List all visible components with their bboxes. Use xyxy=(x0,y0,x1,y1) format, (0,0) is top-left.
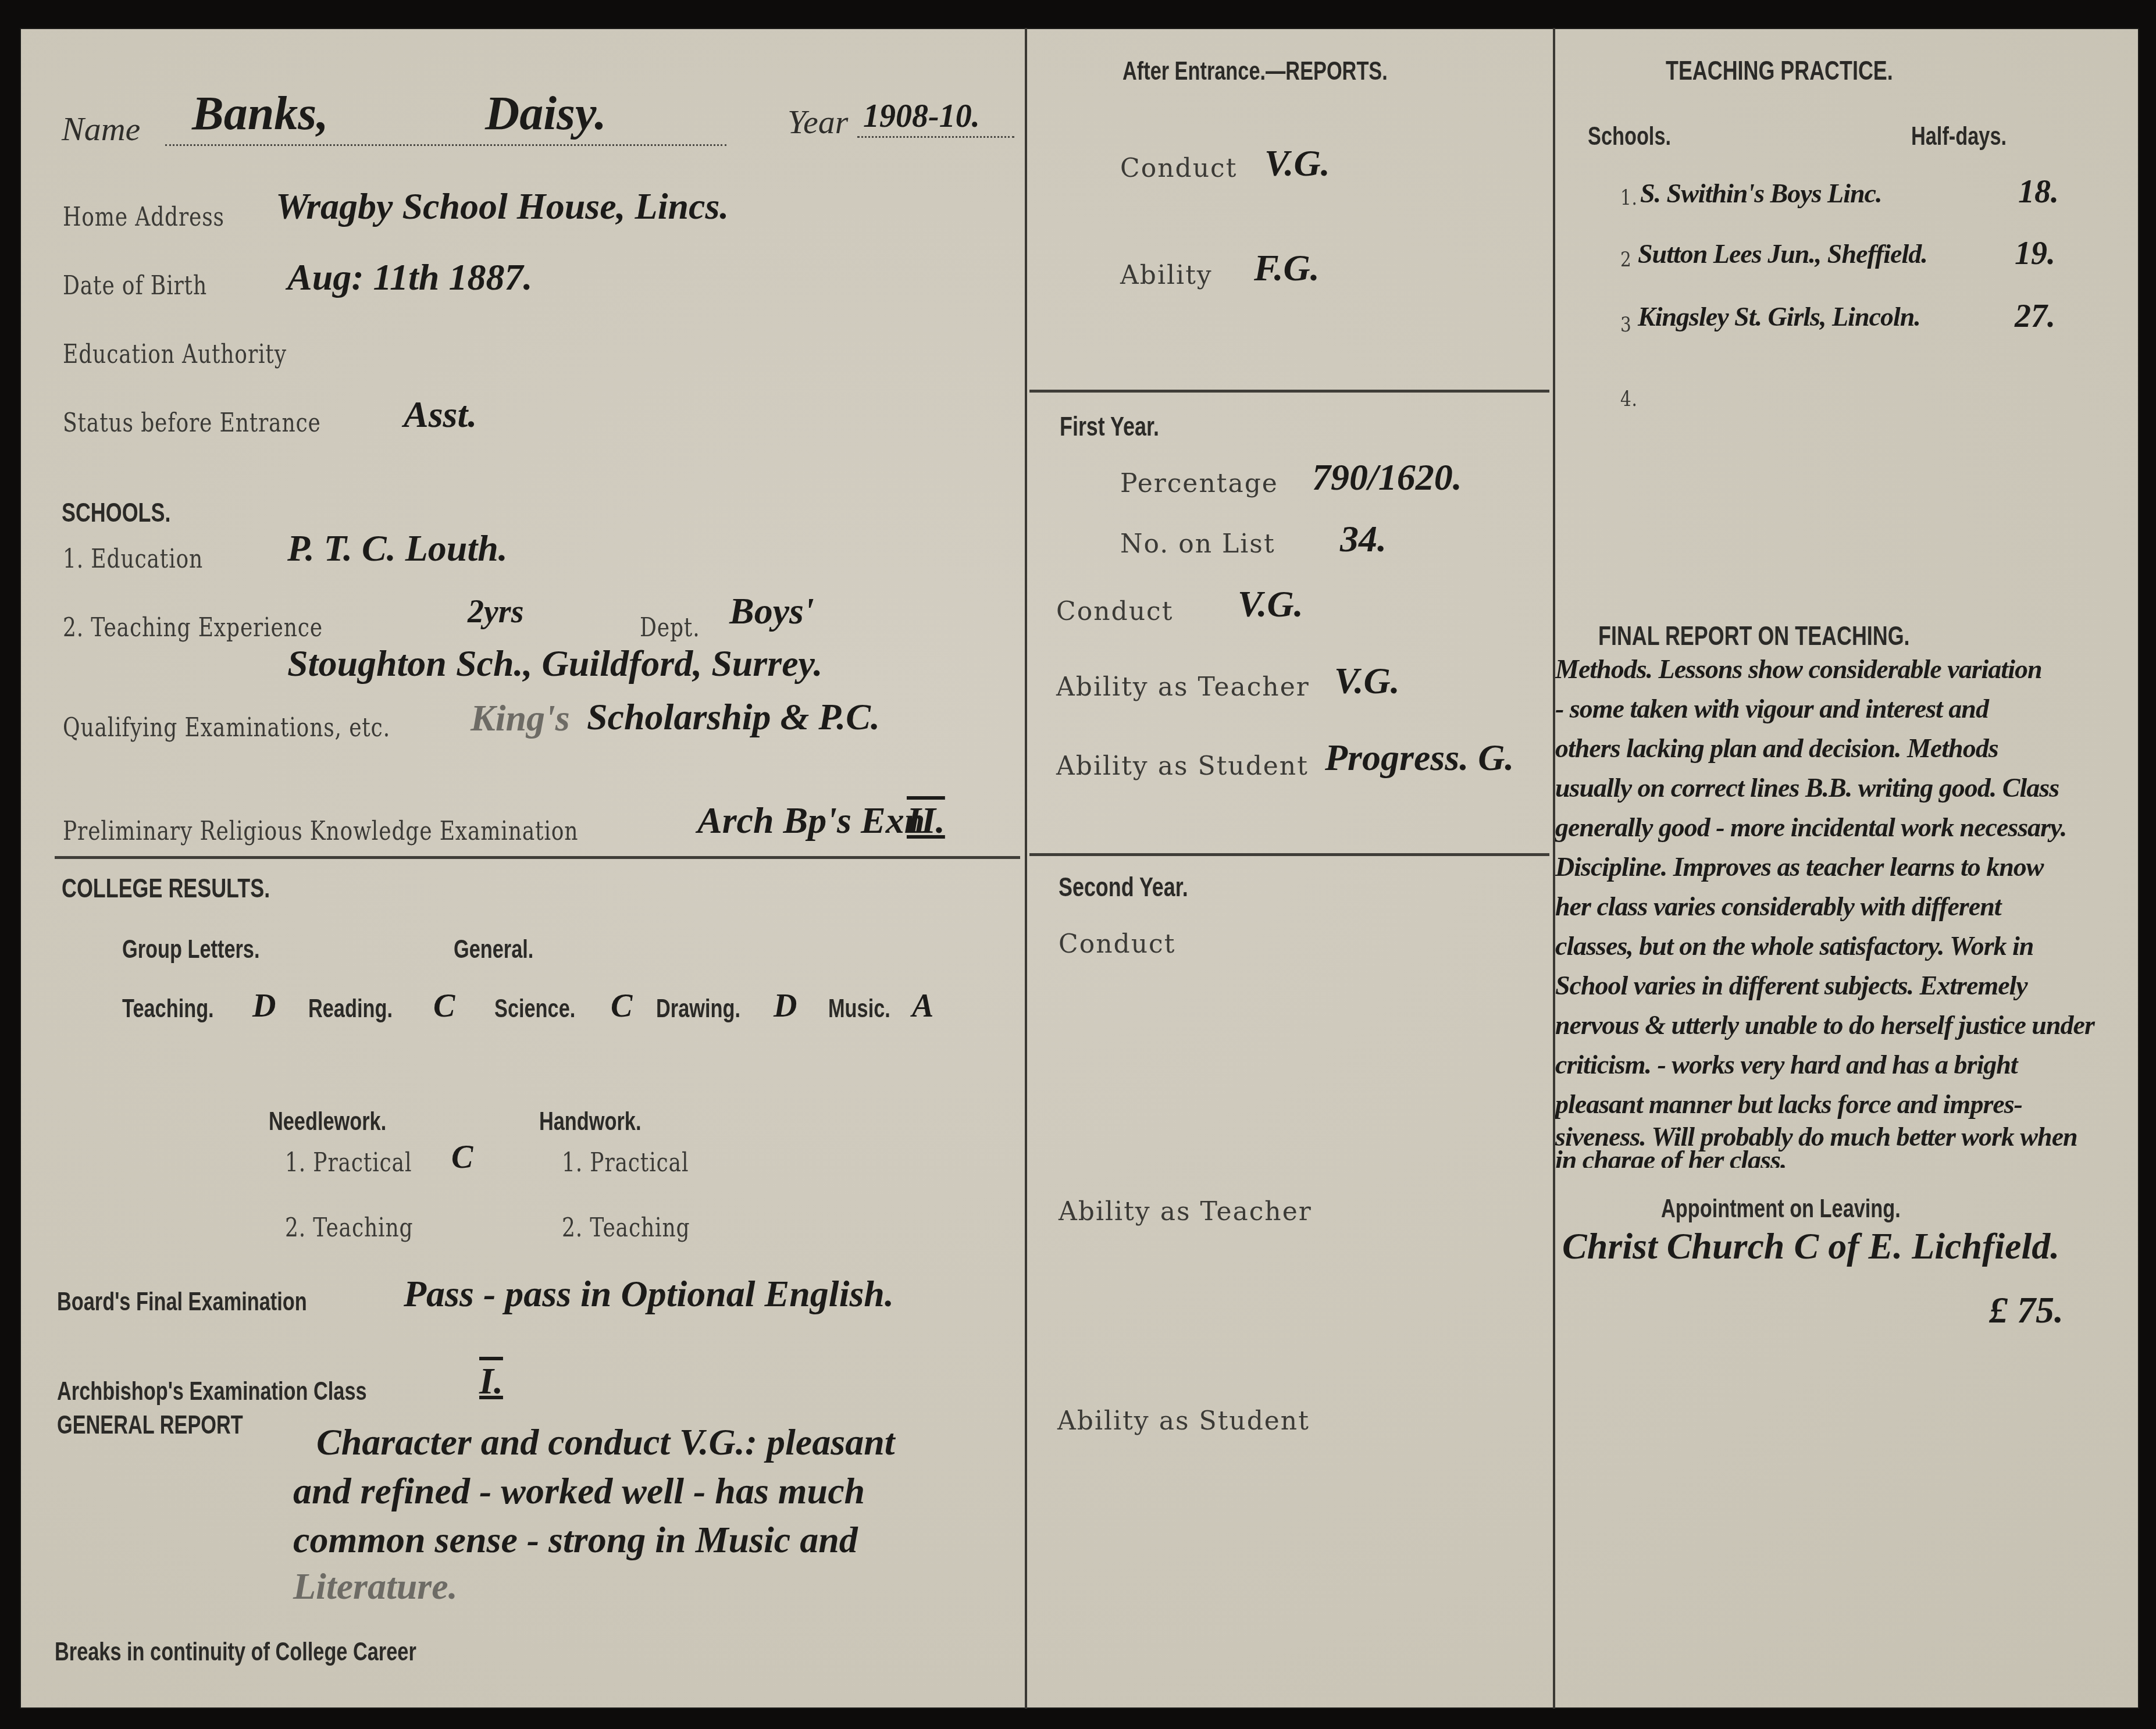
practice-row-school[interactable]: Kingsley St. Girls, Lincoln. xyxy=(1638,301,1920,332)
final-report-line: criticism. - works very hard and has a b… xyxy=(1555,1049,2137,1089)
appointment-value[interactable]: Christ Church C of E. Lichfield. xyxy=(1562,1225,2059,1268)
final-report-line: in charge of her class. xyxy=(1555,1145,2137,1168)
name-label: Name xyxy=(62,109,140,148)
name-surname[interactable]: Banks, xyxy=(192,86,329,141)
practice-row-halfdays[interactable]: 27. xyxy=(2015,298,2055,335)
general-report-label: GENERAL REPORT xyxy=(57,1411,243,1440)
practice-row-halfdays[interactable]: 18. xyxy=(2018,173,2059,211)
year-label: Year xyxy=(787,102,848,141)
general-label: General. xyxy=(454,935,533,964)
handwork-teaching-label: 2. Teaching xyxy=(562,1213,690,1243)
grade-teaching-label: Teaching. xyxy=(122,994,214,1024)
schools-heading: SCHOOLS. xyxy=(62,497,170,528)
practice-row-school[interactable]: S. Swithin's Boys Linc. xyxy=(1640,178,1881,209)
fy-conduct-value[interactable]: V.G. xyxy=(1238,583,1303,626)
general-report-line: Character and conduct V.G.: pleasant xyxy=(316,1421,895,1464)
status-value[interactable]: Asst. xyxy=(404,393,477,436)
name-dotted-line xyxy=(165,144,726,146)
fy-teacher-value[interactable]: V.G. xyxy=(1334,659,1400,703)
education-label: 1. Education xyxy=(63,544,203,574)
needlework-label: Needlework. xyxy=(269,1107,386,1136)
entrance-conduct-value[interactable]: V.G. xyxy=(1264,142,1330,185)
practice-row-number: 1. xyxy=(1620,186,1638,210)
education-value[interactable]: P. T. C. Louth. xyxy=(287,527,508,570)
needlework-practical-value[interactable]: C xyxy=(451,1139,473,1176)
first-year-heading: First Year. xyxy=(1060,411,1159,442)
group-letters-label: Group Letters. xyxy=(122,935,259,964)
final-report-line: usually on correct lines B.B. writing go… xyxy=(1555,772,2137,812)
name-forename[interactable]: Daisy. xyxy=(485,86,607,141)
teaching-practice-heading: TEACHING PRACTICE. xyxy=(1666,55,1893,86)
dept-value[interactable]: Boys' xyxy=(729,590,814,633)
practice-row-number: 4. xyxy=(1620,387,1638,411)
entrance-conduct-label: Conduct xyxy=(1120,154,1237,183)
practice-row-number: 3 xyxy=(1620,313,1632,337)
handwork-practical-label: 1. Practical xyxy=(562,1148,689,1178)
entrance-ability-label: Ability xyxy=(1120,261,1213,290)
dob-label: Date of Birth xyxy=(63,271,207,301)
sy-teacher-label: Ability as Teacher xyxy=(1059,1197,1312,1227)
divider-middle-first-year xyxy=(1029,390,1549,393)
general-report-line: common sense - strong in Music and xyxy=(293,1518,872,1562)
grade-drawing-value[interactable]: D xyxy=(774,988,797,1025)
archbishop-label: Archbishop's Examination Class xyxy=(57,1377,367,1406)
religious-class[interactable]: II. xyxy=(907,799,945,842)
teaching-experience-label: 2. Teaching Experience xyxy=(63,613,323,643)
grade-drawing-label: Drawing. xyxy=(656,994,740,1024)
final-report-line: generally good - more incidental work ne… xyxy=(1555,812,2137,851)
grade-reading-value[interactable]: C xyxy=(433,988,455,1025)
final-report-line: her class varies considerably with diffe… xyxy=(1555,891,2137,931)
home-address-label: Home Address xyxy=(63,202,224,232)
no-on-list-value[interactable]: 34. xyxy=(1340,518,1387,561)
final-report-line: Discipline. Improves as teacher learns t… xyxy=(1555,851,2137,891)
qualifying-value[interactable]: Scholarship & P.C. xyxy=(587,696,880,739)
grade-science-label: Science. xyxy=(494,994,575,1024)
second-year-heading: Second Year. xyxy=(1059,871,1188,903)
reports-heading: After Entrance.—REPORTS. xyxy=(1122,57,1388,86)
entrance-ability-value[interactable]: F.G. xyxy=(1254,247,1320,290)
qualifying-value-faint[interactable]: King's xyxy=(471,697,570,740)
grade-music-value[interactable]: A xyxy=(912,988,933,1025)
year-dotted-line xyxy=(857,136,1014,138)
percentage-label: Percentage xyxy=(1120,469,1278,498)
divider-middle-second-year xyxy=(1029,853,1549,856)
grade-teaching-value[interactable]: D xyxy=(252,988,276,1025)
final-report-line: others lacking plan and decision. Method… xyxy=(1555,733,2137,772)
teaching-experience-years[interactable]: 2yrs xyxy=(468,593,523,630)
grade-science-value[interactable]: C xyxy=(611,988,632,1025)
final-report-text[interactable]: Methods. Lessons show considerable varia… xyxy=(1555,654,2137,1168)
appointment-heading: Appointment on Leaving. xyxy=(1661,1195,1901,1224)
year-value[interactable]: 1908-10. xyxy=(863,98,980,135)
practice-row-school[interactable]: Sutton Lees Jun., Sheffield. xyxy=(1638,238,1927,269)
general-report-line: and refined - worked well - has much xyxy=(293,1470,872,1513)
religious-label: Preliminary Religious Knowledge Examinat… xyxy=(63,817,578,846)
college-results-heading: COLLEGE RESULTS. xyxy=(62,872,270,904)
final-report-line: siveness. Will probably do much better w… xyxy=(1555,1121,2137,1145)
home-address-value[interactable]: Wragby School House, Lincs. xyxy=(276,185,729,228)
fy-teacher-label: Ability as Teacher xyxy=(1056,672,1310,702)
final-report-line: - some taken with vigour and interest an… xyxy=(1555,693,2137,733)
fy-student-value[interactable]: Progress. G. xyxy=(1325,736,1514,779)
archbishop-value[interactable]: I. xyxy=(479,1360,503,1403)
final-report-line: pleasant manner but lacks force and impr… xyxy=(1555,1089,2137,1121)
final-report-line: nervous & utterly unable to do herself j… xyxy=(1555,1010,2137,1049)
handwork-label: Handwork. xyxy=(539,1107,641,1136)
needlework-practical-label: 1. Practical xyxy=(285,1148,412,1178)
divider-left-college-results xyxy=(55,856,1020,859)
qualifying-label: Qualifying Examinations, etc. xyxy=(63,713,390,743)
final-report-heading: FINAL REPORT ON TEACHING. xyxy=(1598,620,1910,651)
column-divider-left xyxy=(1025,28,1027,1709)
fy-conduct-label: Conduct xyxy=(1056,597,1173,626)
grade-reading-label: Reading. xyxy=(308,994,393,1024)
grades-row: Teaching. D Reading. C Science. C Drawin… xyxy=(122,988,995,1040)
percentage-value[interactable]: 790/1620. xyxy=(1312,456,1462,499)
status-label: Status before Entrance xyxy=(63,408,321,438)
final-report-line: School varies in different subjects. Ext… xyxy=(1555,970,2137,1010)
breaks-label: Breaks in continuity of College Career xyxy=(55,1638,416,1667)
dob-value[interactable]: Aug: 11th 1887. xyxy=(287,256,532,299)
boards-final-label: Board's Final Examination xyxy=(57,1288,307,1317)
general-report-line: Literature. xyxy=(293,1565,872,1608)
fy-student-label: Ability as Student xyxy=(1056,751,1309,781)
grade-music-label: Music. xyxy=(828,994,890,1024)
boards-final-value[interactable]: Pass - pass in Optional English. xyxy=(404,1272,894,1316)
final-report-line: classes, but on the whole satisfactory. … xyxy=(1555,931,2137,970)
no-on-list-label: No. on List xyxy=(1120,529,1275,559)
teaching-experience-school[interactable]: Stoughton Sch., Guildford, Surrey. xyxy=(287,642,823,685)
sy-student-label: Ability as Student xyxy=(1057,1406,1310,1436)
final-report-line: Methods. Lessons show considerable varia… xyxy=(1555,654,2137,693)
schools-col-label: Schools. xyxy=(1588,122,1671,151)
dept-label: Dept. xyxy=(640,613,700,643)
practice-row-number: 2 xyxy=(1620,248,1632,272)
religious-value[interactable]: Arch Bp's Exn xyxy=(697,799,925,842)
general-report-text[interactable]: Character and conduct V.G.: pleasant and… xyxy=(293,1421,872,1593)
education-authority-label: Education Authority xyxy=(63,340,287,369)
halfdays-col-label: Half-days. xyxy=(1911,122,2007,151)
practice-row-halfdays[interactable]: 19. xyxy=(2015,235,2055,272)
appointment-salary[interactable]: £ 75. xyxy=(1989,1289,2064,1332)
student-record-card: Name Banks, Daisy. Year 1908-10. Home Ad… xyxy=(20,28,2139,1709)
needlework-teaching-label: 2. Teaching xyxy=(285,1213,413,1243)
sy-conduct-label: Conduct xyxy=(1059,929,1175,959)
